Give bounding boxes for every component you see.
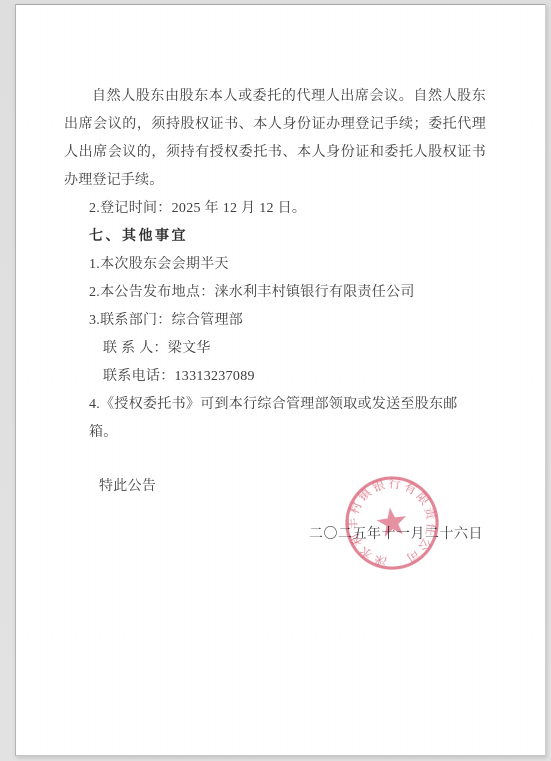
closing-phrase: 特此公告 — [64, 473, 486, 501]
issue-date: 二〇二五年十一月二十六日 — [309, 523, 483, 543]
item-meeting-duration: 1.本次股东会会期半天 — [64, 251, 486, 279]
item-announcement-location: 2.本公告发布地点：涞水利丰村镇银行有限责任公司 — [64, 279, 486, 307]
registration-time-line: 2.登记时间：2025 年 12 月 12 日。 — [64, 195, 486, 223]
item-contact-department: 3.联系部门：综合管理部 — [64, 307, 486, 335]
document-body: 自然人股东由股东本人或委托的代理人出席会议。自然人股东出席会议的，须持股权证书、… — [64, 83, 486, 501]
item-contact-person: 联 系 人：梁文华 — [64, 335, 486, 363]
paragraph-attendance-rules: 自然人股东由股东本人或委托的代理人出席会议。自然人股东出席会议的，须持股权证书、… — [64, 83, 486, 195]
item-proxy-form: 4.《授权委托书》可到本行综合管理部领取或发送至股东邮箱。 — [64, 391, 486, 447]
section-heading-other-matters: 七、其他事宜 — [64, 223, 486, 251]
document-viewer: 自然人股东由股东本人或委托的代理人出席会议。自然人股东出席会议的，须持股权证书、… — [0, 0, 551, 761]
document-page: 自然人股东由股东本人或委托的代理人出席会议。自然人股东出席会议的，须持股权证书、… — [15, 4, 546, 756]
item-contact-phone: 联系电话：13313237089 — [64, 363, 486, 391]
